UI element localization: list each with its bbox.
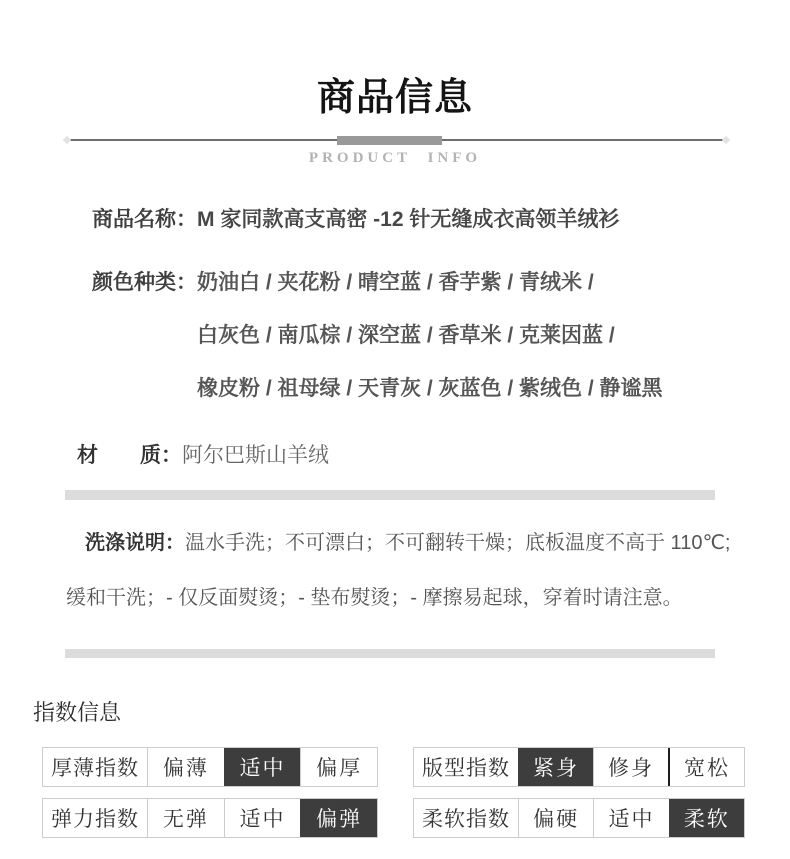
- color-types-list: 奶油白 / 夹花粉 / 晴空蓝 / 香芋紫 / 青绒米 / 白灰色 / 南瓜棕 …: [197, 256, 663, 415]
- thickness-option-thick: 偏厚: [300, 748, 377, 786]
- product-name-label: 商品名称：: [92, 208, 197, 231]
- thickness-index-table: 厚薄指数 偏薄 适中 偏厚: [42, 747, 378, 787]
- softness-index-label: 柔软指数: [414, 799, 518, 837]
- softness-option-hard: 偏硬: [518, 799, 593, 837]
- elasticity-option-stretchy-selected: 偏弹: [300, 799, 377, 837]
- material-row: 材 质：阿尔巴斯山羊绒: [77, 442, 750, 470]
- wash-instructions-line-2: 缓和干洗；- 仅反面熨烫；- 垫布熨烫；- 摩擦易起球，穿着时请注意。: [66, 585, 760, 612]
- color-types-label: 颜色种类：: [92, 256, 197, 415]
- color-line-3: 橡皮粉 / 祖母绿 / 天青灰 / 灰蓝色 / 紫绒色 / 静谧黑: [197, 362, 663, 415]
- thickness-index-label: 厚薄指数: [43, 748, 147, 786]
- elasticity-option-moderate: 适中: [224, 799, 301, 837]
- section-divider-bar-bottom: [65, 649, 715, 658]
- softness-option-soft-selected: 柔软: [669, 799, 744, 837]
- elasticity-option-none: 无弹: [147, 799, 224, 837]
- fit-index-label: 版型指数: [414, 748, 518, 786]
- softness-index-table: 柔软指数 偏硬 适中 柔软: [413, 798, 745, 838]
- material-value: 阿尔巴斯山羊绒: [182, 444, 329, 467]
- color-line-1: 奶油白 / 夹花粉 / 晴空蓝 / 香芋紫 / 青绒米 /: [197, 256, 663, 309]
- elasticity-index-table: 弹力指数 无弹 适中 偏弹: [42, 798, 378, 838]
- fit-option-tight-selected: 紧身: [518, 748, 593, 786]
- fit-index-table: 版型指数 紧身 修身 宽松: [413, 747, 745, 787]
- thickness-option-moderate-selected: 适中: [224, 748, 301, 786]
- section-divider-bar-top: [65, 490, 715, 500]
- product-name-value: M 家同款高支高密 -12 针无缝成衣高领羊绒衫: [197, 208, 619, 231]
- product-info-page: 商品信息 PRODUCT INFO 商品名称：M 家同款高支高密 -12 针无缝…: [0, 0, 790, 859]
- softness-option-moderate: 适中: [593, 799, 668, 837]
- page-title: 商品信息: [0, 76, 790, 120]
- index-info-title: 指数信息: [33, 699, 790, 726]
- thickness-option-thin: 偏薄: [147, 748, 224, 786]
- divider-center-bar: [337, 136, 442, 145]
- color-line-2: 白灰色 / 南瓜棕 / 深空蓝 / 香草米 / 克莱因蓝 /: [197, 309, 663, 362]
- elasticity-index-label: 弹力指数: [43, 799, 147, 837]
- wash-instructions-line-1: 洗涤说明：温水手洗；不可漂白；不可翻转干燥；底板温度不高于 110℃;: [85, 530, 760, 557]
- wash-instructions-text-1: 温水手洗；不可漂白；不可翻转干燥；底板温度不高于 110℃;: [185, 532, 730, 554]
- index-tables-grid: 厚薄指数 偏薄 适中 偏厚 版型指数 紧身 修身 宽松 弹力指数 无弹 适中 偏…: [42, 747, 790, 838]
- material-label: 材 质：: [77, 444, 182, 467]
- fit-option-loose: 宽松: [668, 748, 744, 786]
- page-subtitle: PRODUCT INFO: [0, 150, 790, 167]
- color-types-row: 颜色种类： 奶油白 / 夹花粉 / 晴空蓝 / 香芋紫 / 青绒米 / 白灰色 …: [92, 256, 750, 415]
- title-divider: [68, 136, 725, 145]
- fit-option-slim: 修身: [593, 748, 668, 786]
- product-name-row: 商品名称：M 家同款高支高密 -12 针无缝成衣高领羊绒衫: [92, 205, 750, 234]
- wash-instructions-label: 洗涤说明：: [85, 532, 185, 554]
